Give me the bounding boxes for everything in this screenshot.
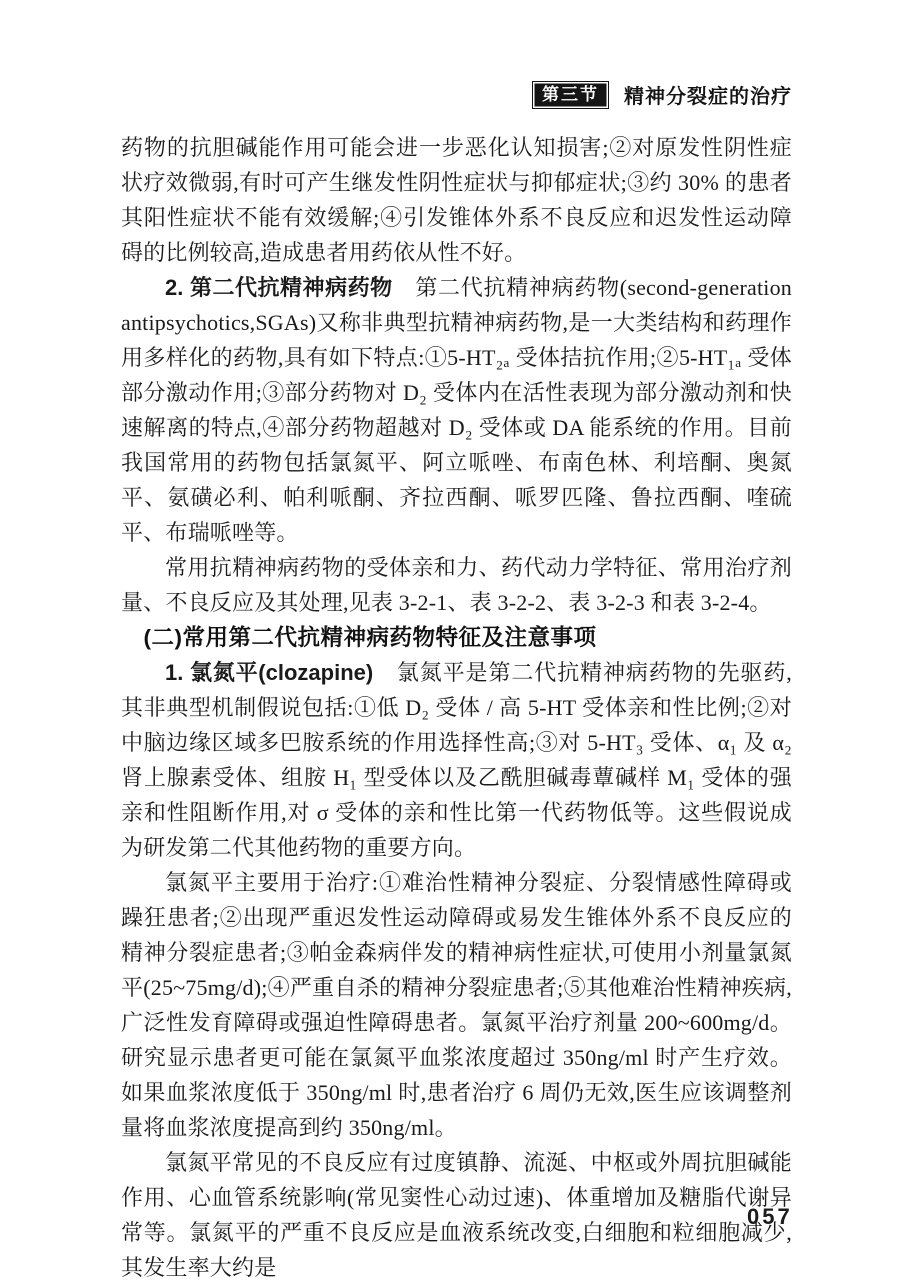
- section-badge: 第三节: [532, 81, 609, 109]
- paragraph-clozapine-indications: 氯氮平主要用于治疗:①难治性精神分裂症、分裂情感性障碍或躁狂患者;②出现严重迟发…: [121, 865, 792, 1145]
- paragraph-sga-text: 第二代抗精神病药物(second-generation antipsychoti…: [121, 275, 792, 545]
- page-number: 057: [747, 1204, 793, 1229]
- page-footer: 057: [747, 1204, 793, 1230]
- runin-heading-sga: 2. 第二代抗精神病药物: [165, 275, 393, 300]
- book-page: 第三节 精神分裂症的治疗 药物的抗胆碱能作用可能会进一步恶化认知损害;②对原发性…: [0, 0, 910, 1288]
- runin-heading-clozapine: 1. 氯氮平(clozapine): [165, 660, 373, 685]
- paragraph-clozapine-adverse-effects: 氯氮平常见的不良反应有过度镇静、流涎、中枢或外周抗胆碱能作用、心血管系统影响(常…: [121, 1145, 792, 1285]
- paragraph-clozapine-mechanism: 1. 氯氮平(clozapine) 氯氮平是第二代抗精神病药物的先驱药,其非典型…: [121, 655, 792, 865]
- paragraph-tables-reference: 常用抗精神病药物的受体亲和力、药代动力学特征、常用治疗剂量、不良反应及其处理,见…: [121, 550, 792, 620]
- section-title: 精神分裂症的治疗: [624, 80, 792, 109]
- paragraph-fga-drawbacks: 药物的抗胆碱能作用可能会进一步恶化认知损害;②对原发性阴性症状疗效微弱,有时可产…: [121, 130, 792, 270]
- subsection-heading: (二)常用第二代抗精神病药物特征及注意事项: [121, 620, 792, 655]
- paragraph-clozapine-text: 氯氮平是第二代抗精神病药物的先驱药,其非典型机制假说包括:①低 D₂ 受体 / …: [121, 660, 792, 860]
- paragraph-sga-intro: 2. 第二代抗精神病药物 第二代抗精神病药物(second-generation…: [121, 270, 792, 550]
- page-header: 第三节 精神分裂症的治疗: [532, 80, 792, 109]
- page-content: 药物的抗胆碱能作用可能会进一步恶化认知损害;②对原发性阴性症状疗效微弱,有时可产…: [121, 130, 792, 1285]
